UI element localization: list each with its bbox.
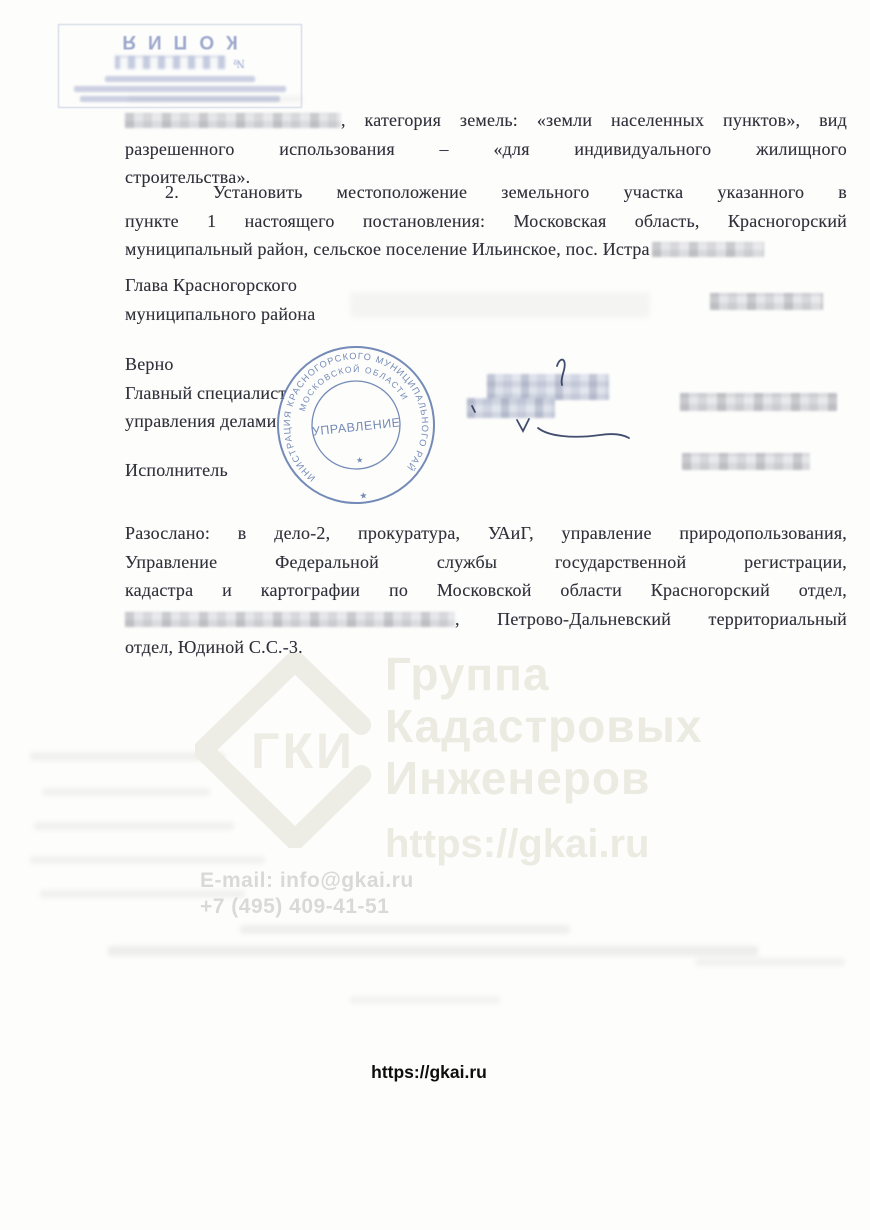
- bleed-through-line: [108, 946, 758, 956]
- text-line: разрешенного использования – «для индиви…: [125, 135, 847, 164]
- scanned-document-page: ГКИ Группа Кадастровых Инженеров https:/…: [0, 0, 870, 1230]
- text-line: отдел, Юдиной С.С.-3.: [125, 633, 847, 662]
- gki-diamond-outline: [203, 661, 387, 840]
- redacted-text: [125, 612, 455, 627]
- redacted-specialist-name: [680, 393, 837, 411]
- watermark-email: E-mail: info@gkai.ru: [200, 868, 414, 894]
- bleed-through-line: [30, 856, 265, 864]
- redacted-signature: [487, 374, 609, 400]
- bleed-through-line: [240, 925, 570, 934]
- text-line: , категория земель: «земли населенных пу…: [125, 106, 847, 135]
- copy-stamp: № КОПИЯ: [58, 24, 302, 108]
- watermark-contacts: E-mail: info@gkai.ru +7 (495) 409-41-51: [200, 868, 414, 920]
- text-line: Управление Федеральной службы государств…: [125, 548, 847, 577]
- gki-watermark-logo: ГКИ: [195, 653, 395, 848]
- bleed-through-line: [695, 958, 845, 966]
- redacted-text: [125, 113, 341, 128]
- redacted-executor-name: [682, 453, 810, 470]
- redacted-text: [652, 242, 764, 257]
- bleed-through-line: [350, 996, 500, 1004]
- bleed-through-line: [30, 752, 225, 761]
- stamp-star-icon: ★: [359, 490, 368, 501]
- copy-stamp-number-line: №: [69, 56, 291, 72]
- paragraph-location: 2. Установить местоположение земельного …: [125, 178, 847, 264]
- text-line: Разослано: в дело-2, прокуратура, УАиГ, …: [125, 519, 847, 548]
- watermark-company-name: Группа Кадастровых Инженеров: [385, 648, 702, 804]
- text-line: , Петрово-Дальневский территориальный: [125, 605, 847, 634]
- bleed-through-line: [34, 822, 234, 830]
- watermark-line: Инженеров: [385, 752, 702, 804]
- bleed-through-line: [42, 788, 210, 796]
- gki-logo-letters: ГКИ: [251, 723, 355, 779]
- text-line: Верно: [125, 350, 847, 379]
- copy-stamp-title: КОПИЯ: [69, 30, 291, 52]
- text-line: кадастра и картографии по Московской обл…: [125, 576, 847, 605]
- watermark-line: Кадастровых: [385, 700, 702, 752]
- redacted-signature: [467, 398, 555, 418]
- footer-site-url: https://gkai.ru: [371, 1062, 487, 1083]
- text-line: муниципальный район, сельское поселение …: [125, 235, 847, 264]
- copy-stamp-small-text: [69, 76, 291, 102]
- text-line: 2. Установить местоположение земельного …: [125, 178, 847, 207]
- text-line: пункте 1 настоящего постановления: Моско…: [125, 207, 847, 236]
- paragraph-distribution: Разослано: в дело-2, прокуратура, УАиГ, …: [125, 519, 847, 662]
- watermark-url: https://gkai.ru: [385, 822, 649, 867]
- watermark-phone: +7 (495) 409-41-51: [200, 894, 414, 920]
- redacted-signatory-name: [710, 293, 823, 310]
